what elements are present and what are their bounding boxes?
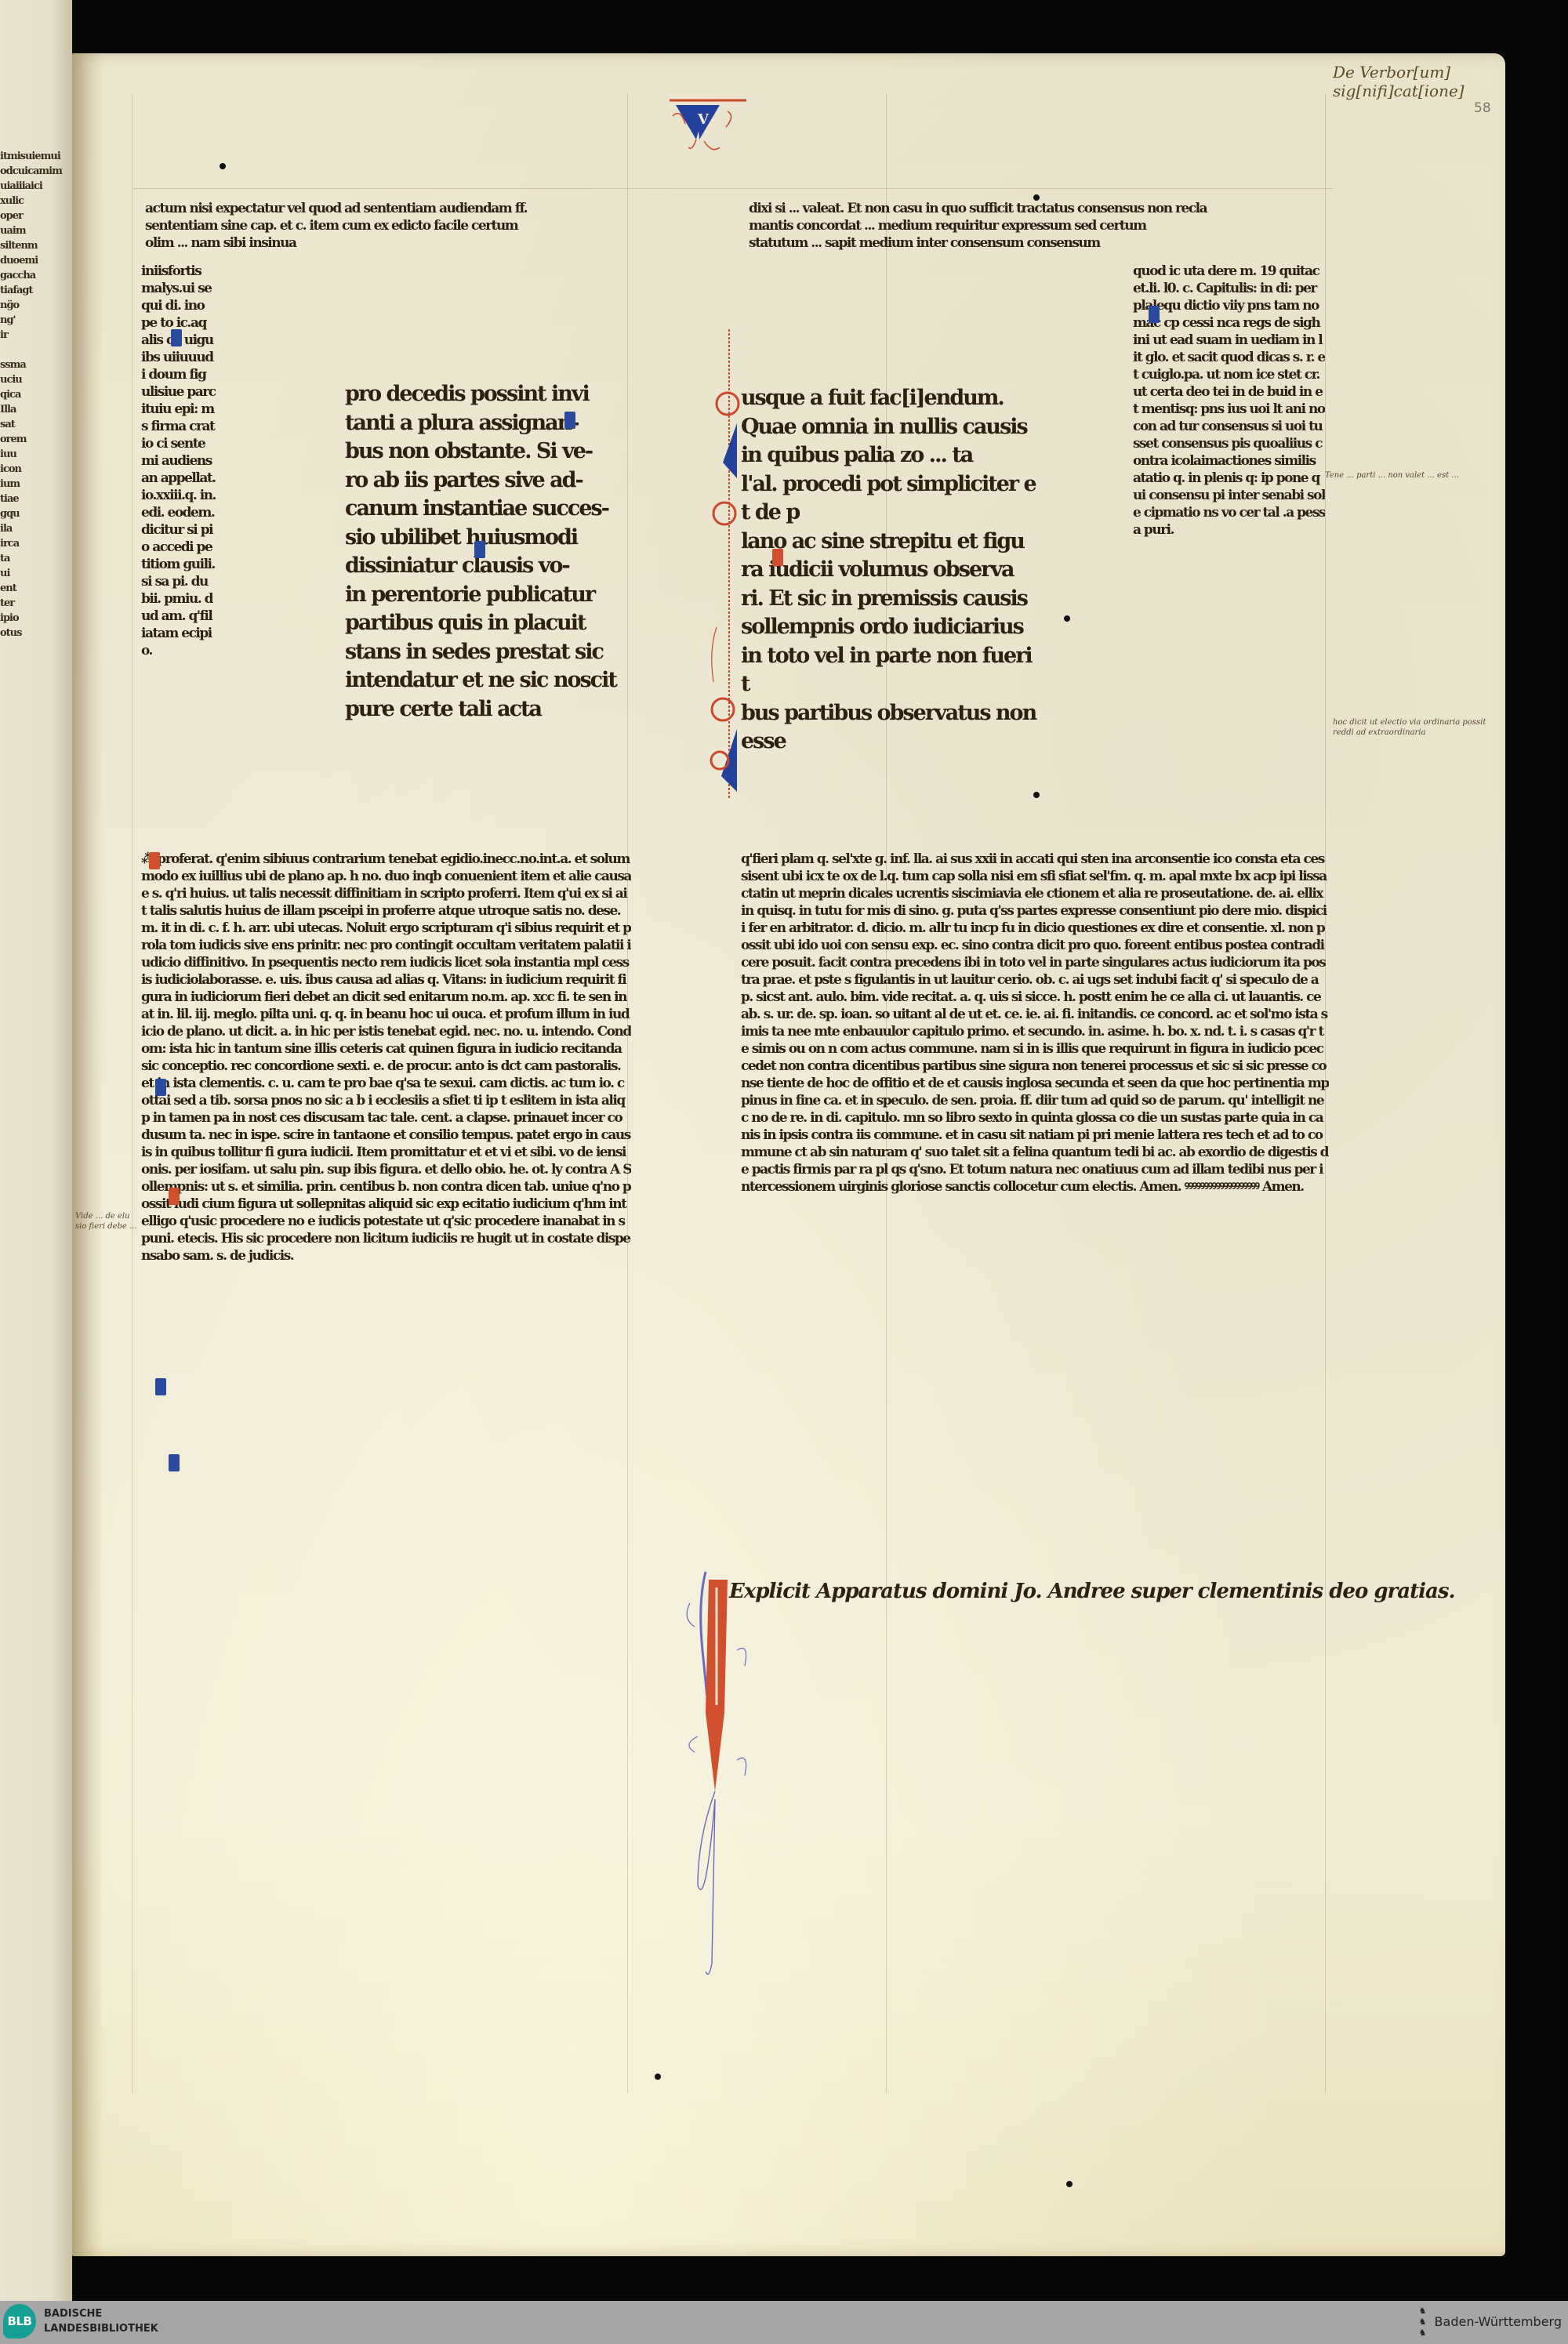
textus-paragraph-mark — [564, 412, 575, 429]
ruling-line — [132, 94, 132, 2093]
folio-number: 58 — [1474, 100, 1491, 116]
marginal-note: Vide ... de elu sio fieri debe ... — [75, 1211, 138, 1232]
footer-bar: BLB BADISCHE LANDESBIBLIOTHEK ♞♞♞ Baden-… — [0, 2301, 1568, 2344]
gloss-column-left-narrow: iniisfortis malys.ui sequi di. ino pe to… — [141, 263, 216, 858]
gloss-paragraph-mark — [1149, 306, 1160, 323]
running-head: De Verbor[um] sig[nifi]cat[ione] — [1333, 63, 1568, 100]
explicit-colophon: Explicit Apparatus domini Jo. Andree sup… — [729, 1580, 1455, 1603]
gloss-top-left: actum nisi expectatur vel quod ad senten… — [145, 200, 627, 255]
pricking-hole — [1033, 792, 1040, 798]
pricking-hole — [220, 163, 226, 169]
gloss-paragraph-mark — [155, 1079, 166, 1096]
textus-paragraph-mark — [474, 541, 485, 558]
gloss-paragraph-mark — [155, 1378, 166, 1395]
library-name: BADISCHE LANDESBIBLIOTHEK — [44, 2306, 158, 2336]
blb-logo-icon: BLB — [3, 2304, 36, 2339]
gutter-shadow — [72, 53, 103, 2256]
ruling-line — [133, 188, 1333, 189]
gloss-paragraph-mark — [169, 1188, 180, 1205]
pricking-hole — [655, 2074, 661, 2080]
pricking-hole — [1033, 194, 1040, 201]
gloss-paragraph-mark — [149, 852, 160, 869]
verso-text-fragment: itmisuiemuiodcuicamimuuiaiiiaicixulicope… — [0, 149, 63, 855]
facing-verso-page: itmisuiemuiodcuicamimuuiaiiiaicixulicope… — [0, 0, 72, 2301]
pricking-hole — [1064, 615, 1070, 622]
textus-column-right: usque a fuit fac[i]endum. Quae omnia in … — [741, 384, 1039, 760]
marginal-note: Tene ... parti ... non valet ... est ... — [1325, 470, 1505, 481]
marginal-note: hoc dicit ut electio via ordinaria possi… — [1333, 717, 1505, 738]
pricking-hole — [1066, 2181, 1073, 2187]
three-lions-icon: ♞♞♞ — [1419, 2306, 1427, 2338]
gloss-lower-right: q'fieri plam q. sel'xte g. inf. lla. ai … — [741, 851, 1329, 1556]
gloss-paragraph-mark — [171, 329, 182, 347]
state-logo: ♞♞♞ Baden-Württemberg — [1419, 2306, 1562, 2338]
textus-paragraph-mark — [772, 549, 783, 566]
decorated-initial-v: V — [665, 93, 751, 158]
textus-column-left: pro decedis possint invi tanti a plura a… — [345, 380, 635, 741]
gloss-lower-left: ⁂ proferat. q'enim sibiuus contrarium te… — [141, 851, 631, 1623]
penwork-initial-q — [706, 321, 753, 811]
penwork-initial-e — [682, 1556, 753, 1998]
gloss-paragraph-mark — [169, 1454, 180, 1471]
state-name: Baden-Württemberg — [1435, 2314, 1562, 2329]
gloss-top-right: dixi si ... valeat. Et non casu in quo s… — [749, 200, 1329, 255]
svg-text:V: V — [697, 111, 710, 128]
scan-viewer: itmisuiemuiodcuicamimuuiaiiiaicixulicope… — [0, 0, 1568, 2301]
gloss-column-right-narrow: quod ic uta dere m. 19 quitacet.li. l0. … — [1133, 263, 1325, 858]
